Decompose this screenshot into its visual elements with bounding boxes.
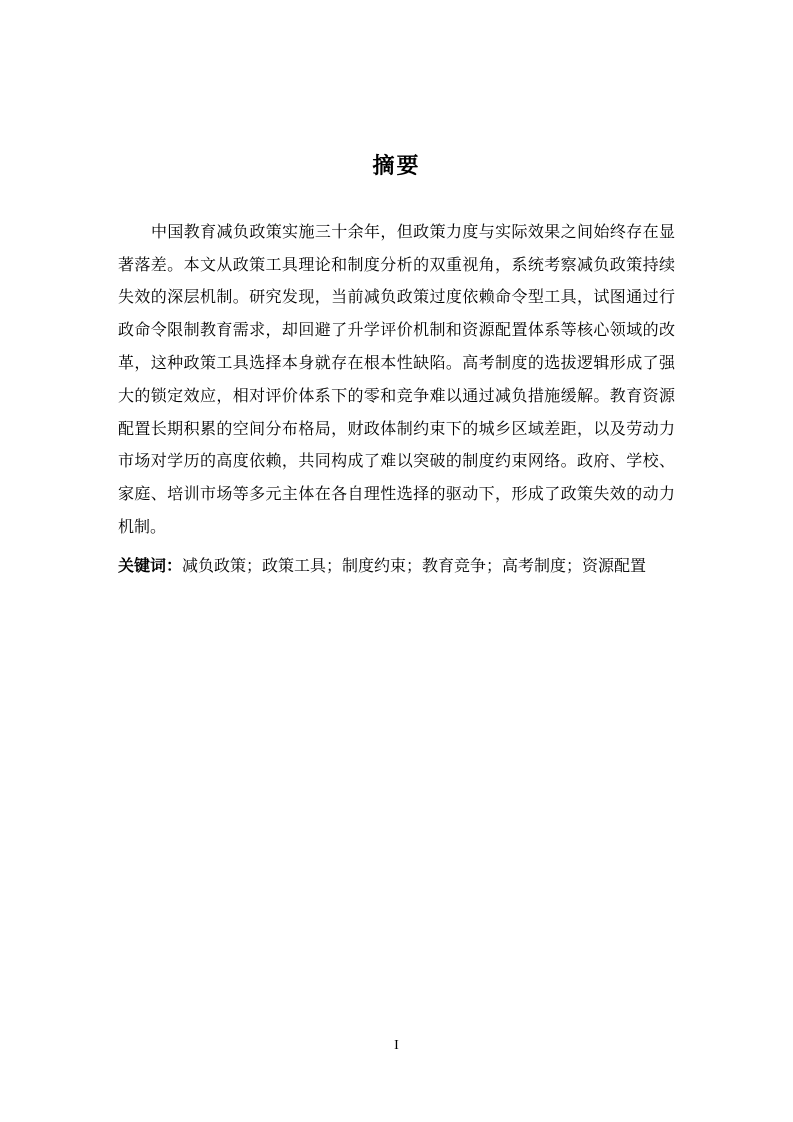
document-page: 摘要 中国教育减负政策实施三十余年，但政策力度与实际效果之间始终存在显著落差。本… (0, 0, 793, 1122)
page-number: I (0, 1038, 793, 1054)
keywords-label: 关键词： (118, 558, 182, 575)
keywords-line: 关键词：减负政策；政策工具；制度约束；教育竞争；高考制度；资源配置 (118, 551, 675, 584)
abstract-paragraph: 中国教育减负政策实施三十余年，但政策力度与实际效果之间始终存在显著落差。本文从政… (118, 217, 675, 545)
page-title: 摘要 (0, 15, 793, 179)
keywords-text: 减负政策；政策工具；制度约束；教育竞争；高考制度；资源配置 (182, 558, 646, 575)
